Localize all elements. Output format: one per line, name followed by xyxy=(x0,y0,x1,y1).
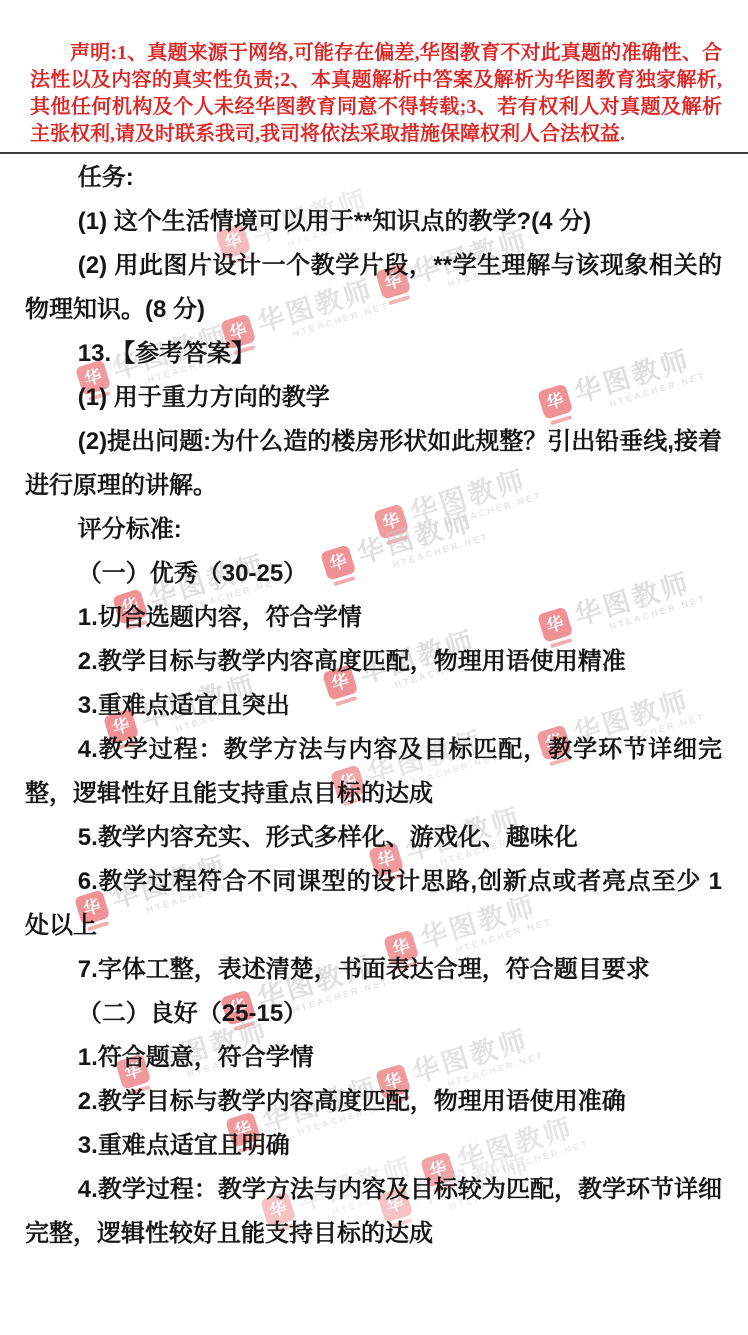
paragraph: 13.【参考答案】 xyxy=(25,332,722,376)
paragraph: 1.符合题意，符合学情 xyxy=(25,1036,722,1080)
paragraph: 2.教学目标与教学内容高度匹配，物理用语使用准确 xyxy=(25,1080,722,1124)
paragraph: 5.教学内容充实、形式多样化、游戏化、趣味化 xyxy=(25,816,722,860)
disclaimer-label: 声明: xyxy=(70,42,117,64)
paragraph: (1) 这个生活情境可以用于**知识点的教学?(4 分) xyxy=(25,200,722,244)
document-content: 声明:1、真题来源于网络,可能存在偏差,华图教育不对此真题的准确性、合法性以及内… xyxy=(0,0,748,1256)
paragraph: (2)提出问题:为什么造的楼房形状如此规整？引出铅垂线,接着进行原理的讲解。 xyxy=(25,420,722,508)
paragraph: (1) 用于重力方向的教学 xyxy=(25,376,722,420)
paragraph: 3.重难点适宜且明确 xyxy=(25,1124,722,1168)
paragraph: 任务: xyxy=(25,156,722,200)
paragraph: （二）良好（25-15） xyxy=(25,992,722,1036)
paragraph: 1.切合选题内容，符合学情 xyxy=(25,596,722,640)
paragraph: 6.教学过程符合不同课型的设计思路,创新点或者亮点至少 1 处以上 xyxy=(25,860,722,948)
document-page: 华华图教师HTEACHER.NET华华图教师HTEACHER.NET华华图教师H… xyxy=(0,0,748,1335)
answer-body: 任务:(1) 这个生活情境可以用于**知识点的教学?(4 分)(2) 用此图片设… xyxy=(0,154,748,1256)
disclaimer-text: 1、真题来源于网络,可能存在偏差,华图教育不对此真题的准确性、合法性以及内容的真… xyxy=(30,42,722,145)
paragraph: 4.教学过程：教学方法与内容及目标较为匹配，教学环节详细完整，逻辑性较好且能支持… xyxy=(25,1168,722,1256)
paragraph: （一）优秀（30-25） xyxy=(25,552,722,596)
paragraph: (2) 用此图片设计一个教学片段，**学生理解与该现象相关的物理知识。(8 分) xyxy=(25,244,722,332)
paragraph: 7.字体工整，表述清楚，书面表达合理，符合题目要求 xyxy=(25,948,722,992)
paragraph: 2.教学目标与教学内容高度匹配，物理用语使用精准 xyxy=(25,640,722,684)
paragraph: 评分标准: xyxy=(25,508,722,552)
disclaimer: 声明:1、真题来源于网络,可能存在偏差,华图教育不对此真题的准确性、合法性以及内… xyxy=(0,0,748,148)
paragraph: 4.教学过程：教学方法与内容及目标匹配，教学环节详细完整，逻辑性好且能支持重点目… xyxy=(25,728,722,816)
paragraph: 3.重难点适宜且突出 xyxy=(25,684,722,728)
